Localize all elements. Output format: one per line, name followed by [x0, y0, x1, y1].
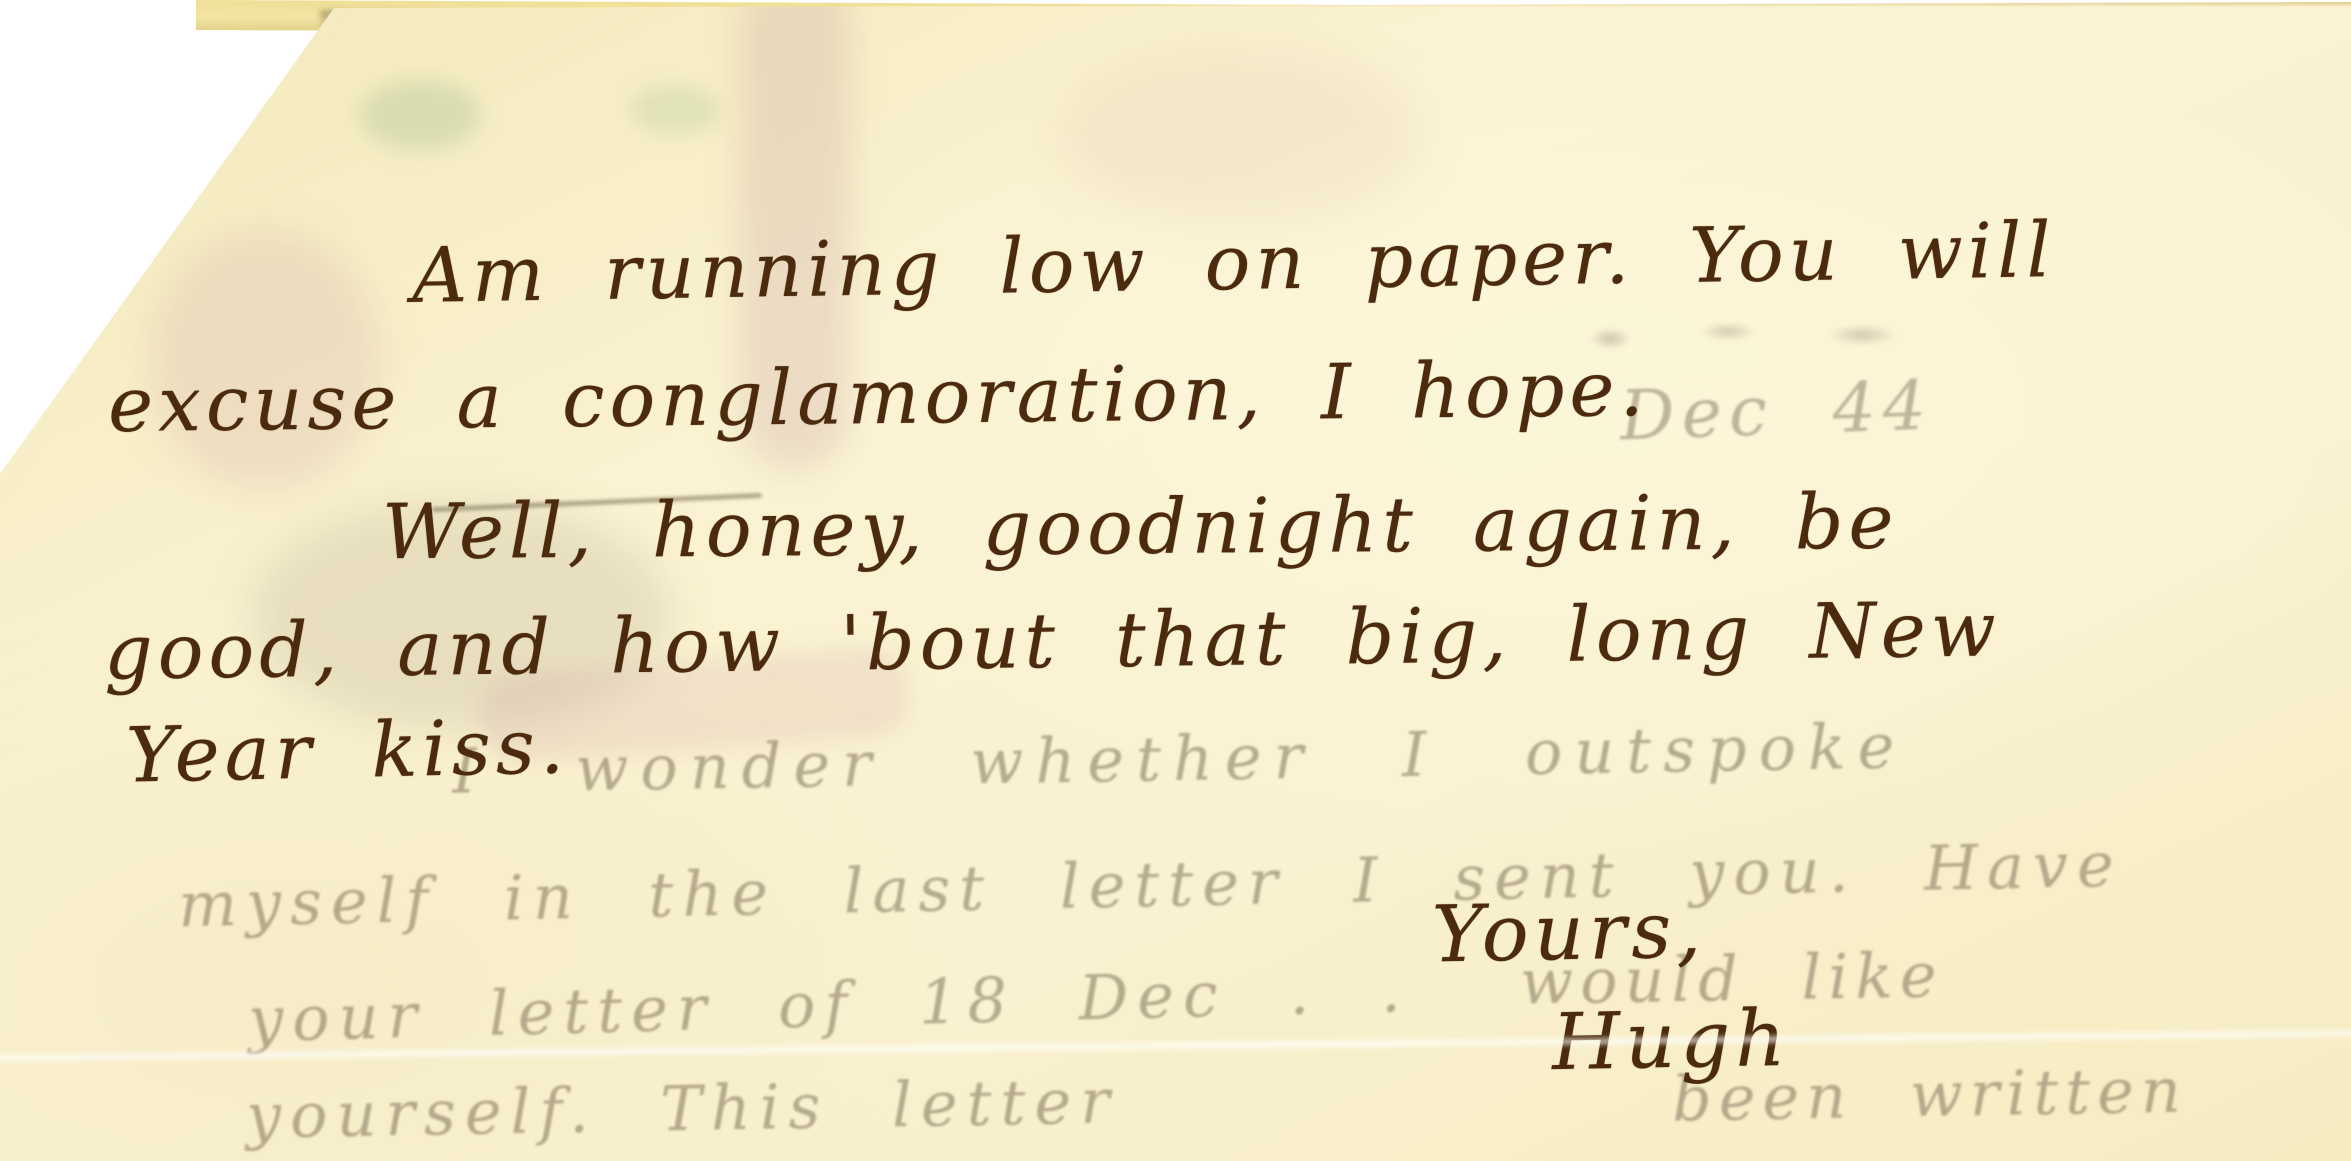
- letter-line: Well, honey, goodnight again, be: [382, 477, 1899, 577]
- ghost-line: myself in the last letter I sent you. Ha…: [177, 828, 2123, 942]
- ghost-date: Dec 44: [1619, 367, 1935, 457]
- signature-closing: Yours,: [1431, 886, 1707, 981]
- bleedthrough-smudge: [630, 85, 720, 135]
- bleedthrough-smudge: [360, 80, 480, 150]
- letter-paper: Dec 44 I wonder whether I outspoke mysel…: [0, 0, 2351, 1161]
- bleedthrough-smudge: [1060, 50, 1420, 220]
- ghost-line: yourself. This letter: [245, 1064, 1119, 1152]
- letter-line: excuse a conglamoration, I hope.: [108, 344, 1649, 449]
- letter-line: Year kiss.: [125, 701, 570, 799]
